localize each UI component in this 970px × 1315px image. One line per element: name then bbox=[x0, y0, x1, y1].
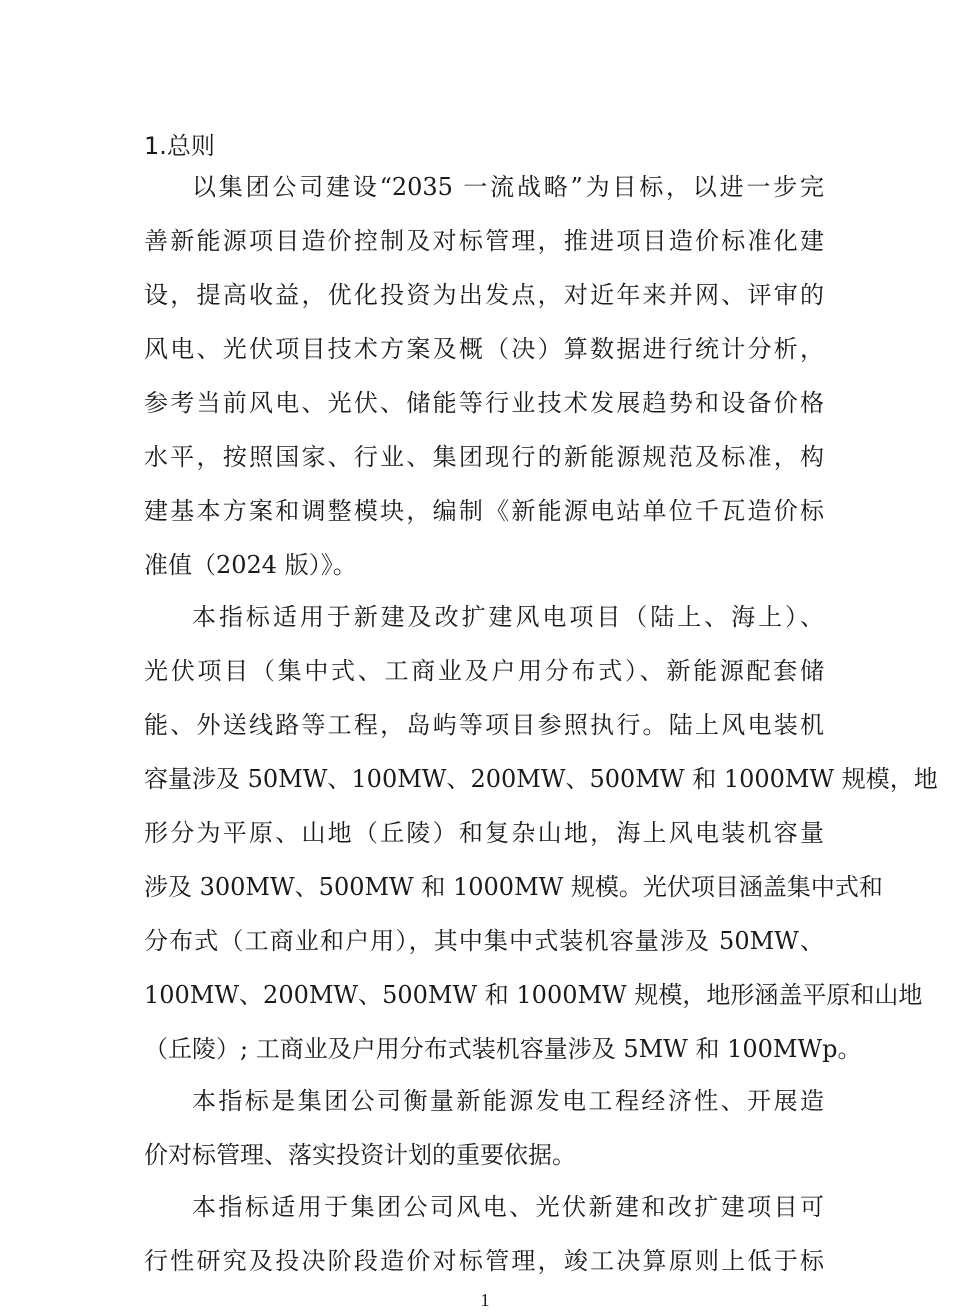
paragraph-2-line-7: 分布式（工商业和户用），其中集中式装机容量涉及 50MW、 bbox=[144, 926, 824, 956]
paragraph-1-line-5: 参考当前风电、光伏、储能等行业技术发展趋势和设备价格 bbox=[144, 388, 824, 418]
paragraph-2-line-5: 形分为平原、山地（丘陵）和复杂山地，海上风电装机容量 bbox=[144, 818, 824, 848]
paragraph-1-line-1: 以集团公司建设“2035 一流战略”为目标，以进一步完 bbox=[192, 172, 824, 202]
paragraph-2-line-6: 涉及 300MW、500MW 和 1000MW 规模。光伏项目涵盖集中式和 bbox=[144, 872, 824, 902]
paragraph-2-line-9: （丘陵）; 工商业及户用分布式装机容量涉及 5MW 和 100MWp。 bbox=[144, 1034, 824, 1064]
paragraph-1-line-6: 水平，按照国家、行业、集团现行的新能源规范及标准，构 bbox=[144, 442, 824, 472]
page-number: 1 bbox=[0, 1290, 970, 1311]
paragraph-2-line-3: 能、外送线路等工程，岛屿等项目参照执行。陆上风电装机 bbox=[144, 710, 824, 740]
paragraph-1-line-2: 善新能源项目造价控制及对标管理，推进项目造价标准化建 bbox=[144, 226, 824, 256]
paragraph-1-line-7: 建基本方案和调整模块，编制《新能源电站单位千瓦造价标 bbox=[144, 496, 824, 526]
paragraph-2-line-2: 光伏项目（集中式、工商业及户用分布式）、新能源配套储 bbox=[144, 656, 824, 686]
paragraph-1-line-8: 准值（2024 版）》。 bbox=[144, 550, 824, 580]
paragraph-3-line-1: 本指标是集团公司衡量新能源发电工程经济性、开展造 bbox=[192, 1086, 824, 1116]
paragraph-1-line-4: 风电、光伏项目技术方案及概（决）算数据进行统计分析， bbox=[144, 334, 824, 364]
document-page: 1.总则 以集团公司建设“2035 一流战略”为目标，以进一步完 善新能源项目造… bbox=[0, 0, 970, 1315]
paragraph-3-line-2: 价对标管理、落实投资计划的重要依据。 bbox=[144, 1140, 824, 1170]
paragraph-2-line-1: 本指标适用于新建及改扩建风电项目（陆上、海上）、 bbox=[192, 602, 824, 632]
paragraph-1-line-3: 设，提高收益，优化投资为出发点，对近年来并网、评审的 bbox=[144, 280, 824, 310]
paragraph-2-line-8: 100MW、200MW、500MW 和 1000MW 规模，地形涵盖平原和山地 bbox=[144, 980, 824, 1010]
paragraph-2-line-4: 容量涉及 50MW、100MW、200MW、500MW 和 1000MW 规模，… bbox=[144, 764, 824, 794]
paragraph-4-line-2: 行性研究及投决阶段造价对标管理，竣工决算原则上低于标 bbox=[144, 1246, 824, 1276]
paragraph-4-line-1: 本指标适用于集团公司风电、光伏新建和改扩建项目可 bbox=[192, 1192, 824, 1222]
section-heading: 1.总则 bbox=[144, 126, 215, 161]
